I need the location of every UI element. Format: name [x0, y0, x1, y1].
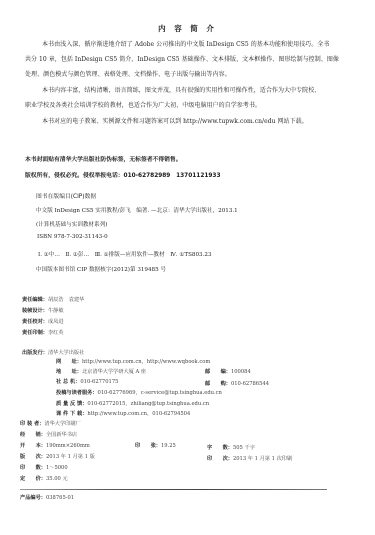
cip-series: (计算机基础与实训教材系列)	[36, 220, 108, 228]
summary-para-2-line-2: 职业学校及各类社会培训学校的教材，也适合作为广大初、中级电脑用户的自学参考书。	[25, 99, 261, 113]
publisher-postcode: 100084	[231, 369, 251, 375]
credit-printing: 责任印制：李红英	[22, 329, 64, 336]
download-label: 课 件 下 载：	[56, 411, 87, 417]
cip-number: 中国版本图书馆 CIP 数据核字(2012)第 319485 号	[36, 265, 166, 273]
credit-design-label: 装帧设计：	[22, 308, 48, 314]
summary-para-1-line-3: 处理、颜色模式与颜色管理、表格处理、文档操作、电子出版与输出等内容。	[25, 68, 231, 82]
words-label: 字 数：	[207, 445, 233, 451]
words-value: 505 千字	[233, 445, 255, 451]
publisher-download-row: 课 件 下 载：http://www.tup.com.cn，010-627945…	[56, 410, 190, 417]
publisher-feedback: 010-62772015，zhiliang@tup.tsinghua.edu.c…	[87, 401, 209, 407]
edition-row: 版 次：2013 年 1 月第 1 版	[20, 453, 95, 460]
credit-design-value: 牛静敏	[48, 308, 64, 314]
publisher-website: http://www.tup.com.cn，http://www.wqbook.…	[82, 359, 210, 365]
distributor-label: 经 销：	[20, 432, 46, 438]
format-label: 开 本：	[20, 443, 46, 449]
publisher-row: 出版发行：清华大学出版社	[22, 349, 84, 356]
address-label: 地 址：	[56, 369, 82, 375]
words-row: 字 数：505 千字	[207, 444, 255, 451]
cip-title-line: 中文版 InDesign CS5 实用教程/彭飞 编著. —北京：清华大学出版社…	[36, 206, 238, 214]
anti-counterfeit-notice: 本书封面贴有清华大学出版社防伪标签，无标签者不得销售。	[25, 154, 182, 163]
credit-printing-value: 李红英	[48, 330, 64, 336]
service-label: 投稿与读者服务：	[56, 390, 98, 396]
credit-proofreader: 责任校对：成凤进	[22, 318, 64, 325]
summary-para-1-line-2: 共分 10 章，包括 InDesign CS5 简介、InDesign CS5 …	[25, 53, 339, 67]
credit-proofreader-value: 成凤进	[48, 319, 64, 325]
publisher-name: 清华大学出版社	[48, 350, 84, 356]
publisher-download: http://www.tup.com.cn，010-62794504	[87, 411, 190, 417]
edition-value: 2013 年 1 月第 1 版	[46, 454, 95, 460]
credit-printing-label: 责任印制：	[22, 330, 48, 336]
price-label: 定 价：	[20, 476, 46, 482]
printing-label: 印 次：	[207, 456, 233, 462]
publisher-website-row: 网 址：http://www.tup.com.cn，http://www.wqb…	[56, 358, 210, 365]
cip-heading: 图书在版编目(CIP)数据	[36, 191, 96, 200]
distributor-row: 经 销：全国新华书店	[20, 431, 77, 438]
credit-editor: 责任编辑：胡辰浩 袁建华	[22, 296, 84, 303]
credit-design: 装帧设计：牛静敏	[22, 307, 64, 314]
price-value: 35.00 元	[46, 476, 68, 482]
credit-editor-value: 胡辰浩 袁建华	[48, 297, 84, 303]
publisher-service-row: 投稿与读者服务：010-62776969，c-service@tup.tsing…	[56, 389, 222, 396]
publisher-postcode-row: 邮 编：100084	[205, 368, 251, 375]
switchboard-label: 社 总 机：	[56, 379, 80, 385]
product-code-value: 038765-01	[46, 495, 74, 501]
postcode-label: 邮 编：	[205, 369, 231, 375]
format-row: 开 本：190mm×260mm	[20, 442, 90, 449]
publisher-address-row: 地 址：北京清华大学学研大厦 A 座	[56, 368, 146, 375]
copies-row: 印 数：1～5000	[20, 464, 68, 471]
publisher-mailorder: 010-62786544	[231, 381, 269, 387]
credit-proofreader-label: 责任校对：	[22, 319, 48, 325]
summary-para-3-line-1: 本书对应的电子教案、实例源文件和习题答案可以到 http://www.tupwk…	[42, 115, 308, 129]
summary-para-2-line-1: 本书内容丰富，结构清晰，语言简练，图文并茂，具有很强的实用性和可操作性，适合作为…	[42, 84, 320, 98]
publisher-mailorder-row: 邮 购：010-62786544	[205, 380, 269, 387]
edition-label: 版 次：	[20, 454, 46, 460]
product-code-row: 产品编号：038765-01	[20, 494, 74, 501]
copyright-notice: 版权所有，侵权必究。侵权举报电话：010-62782989 1370112193…	[25, 170, 221, 179]
cip-classification: Ⅰ. ①中… Ⅱ. ①彭… Ⅲ. ①排版—应用软件—教材 Ⅳ. ①TS803.2…	[38, 250, 212, 258]
product-code-label: 产品编号：	[20, 495, 46, 501]
credit-editor-label: 责任编辑：	[22, 297, 48, 303]
format-value: 190mm×260mm	[46, 443, 90, 449]
sheets-label: 印 张：	[135, 443, 161, 449]
publisher-service: 010-62776969，c-service@tup.tsinghua.edu.…	[98, 390, 222, 396]
summary-para-1-line-1: 本书由浅入深、循序渐进地介绍了 Adobe 公司推出的中文版 InDesign …	[42, 38, 329, 52]
copies-value: 1～5000	[46, 465, 68, 471]
mailorder-label: 邮 购：	[205, 381, 231, 387]
footer-divider	[20, 489, 327, 490]
copyright-page: 内 容 简 介 本书由浅入深、循序渐进地介绍了 Adobe 公司推出的中文版 I…	[0, 0, 375, 535]
publisher-label: 出版发行：	[22, 350, 48, 356]
publisher-switchboard: 010-62770175	[80, 379, 118, 385]
distributor-value: 全国新华书店	[46, 432, 77, 438]
website-label: 网 址：	[56, 359, 82, 365]
sheets-value: 19.25	[161, 443, 176, 449]
printer-row: 印 装 者：清华大学印刷厂	[20, 420, 81, 427]
printing-row: 印 次：2013 年 1 月第 1 次印刷	[207, 455, 292, 462]
printing-value: 2013 年 1 月第 1 次印刷	[233, 456, 292, 462]
summary-title: 内 容 简 介	[0, 23, 375, 34]
cip-isbn: ISBN 978-7-302-31143-0	[37, 234, 108, 240]
publisher-switchboard-row: 社 总 机：010-62770175	[56, 378, 118, 385]
printer-label: 印 装 者：	[20, 421, 44, 427]
feedback-label: 质 量 反 馈：	[56, 401, 87, 407]
publisher-feedback-row: 质 量 反 馈：010-62772015，zhiliang@tup.tsingh…	[56, 400, 209, 407]
copies-label: 印 数：	[20, 465, 46, 471]
printer-value: 清华大学印刷厂	[44, 421, 80, 427]
price-row: 定 价：35.00 元	[20, 475, 68, 482]
sheets-row: 印 张：19.25	[135, 442, 176, 449]
publisher-address: 北京清华大学学研大厦 A 座	[82, 369, 146, 375]
